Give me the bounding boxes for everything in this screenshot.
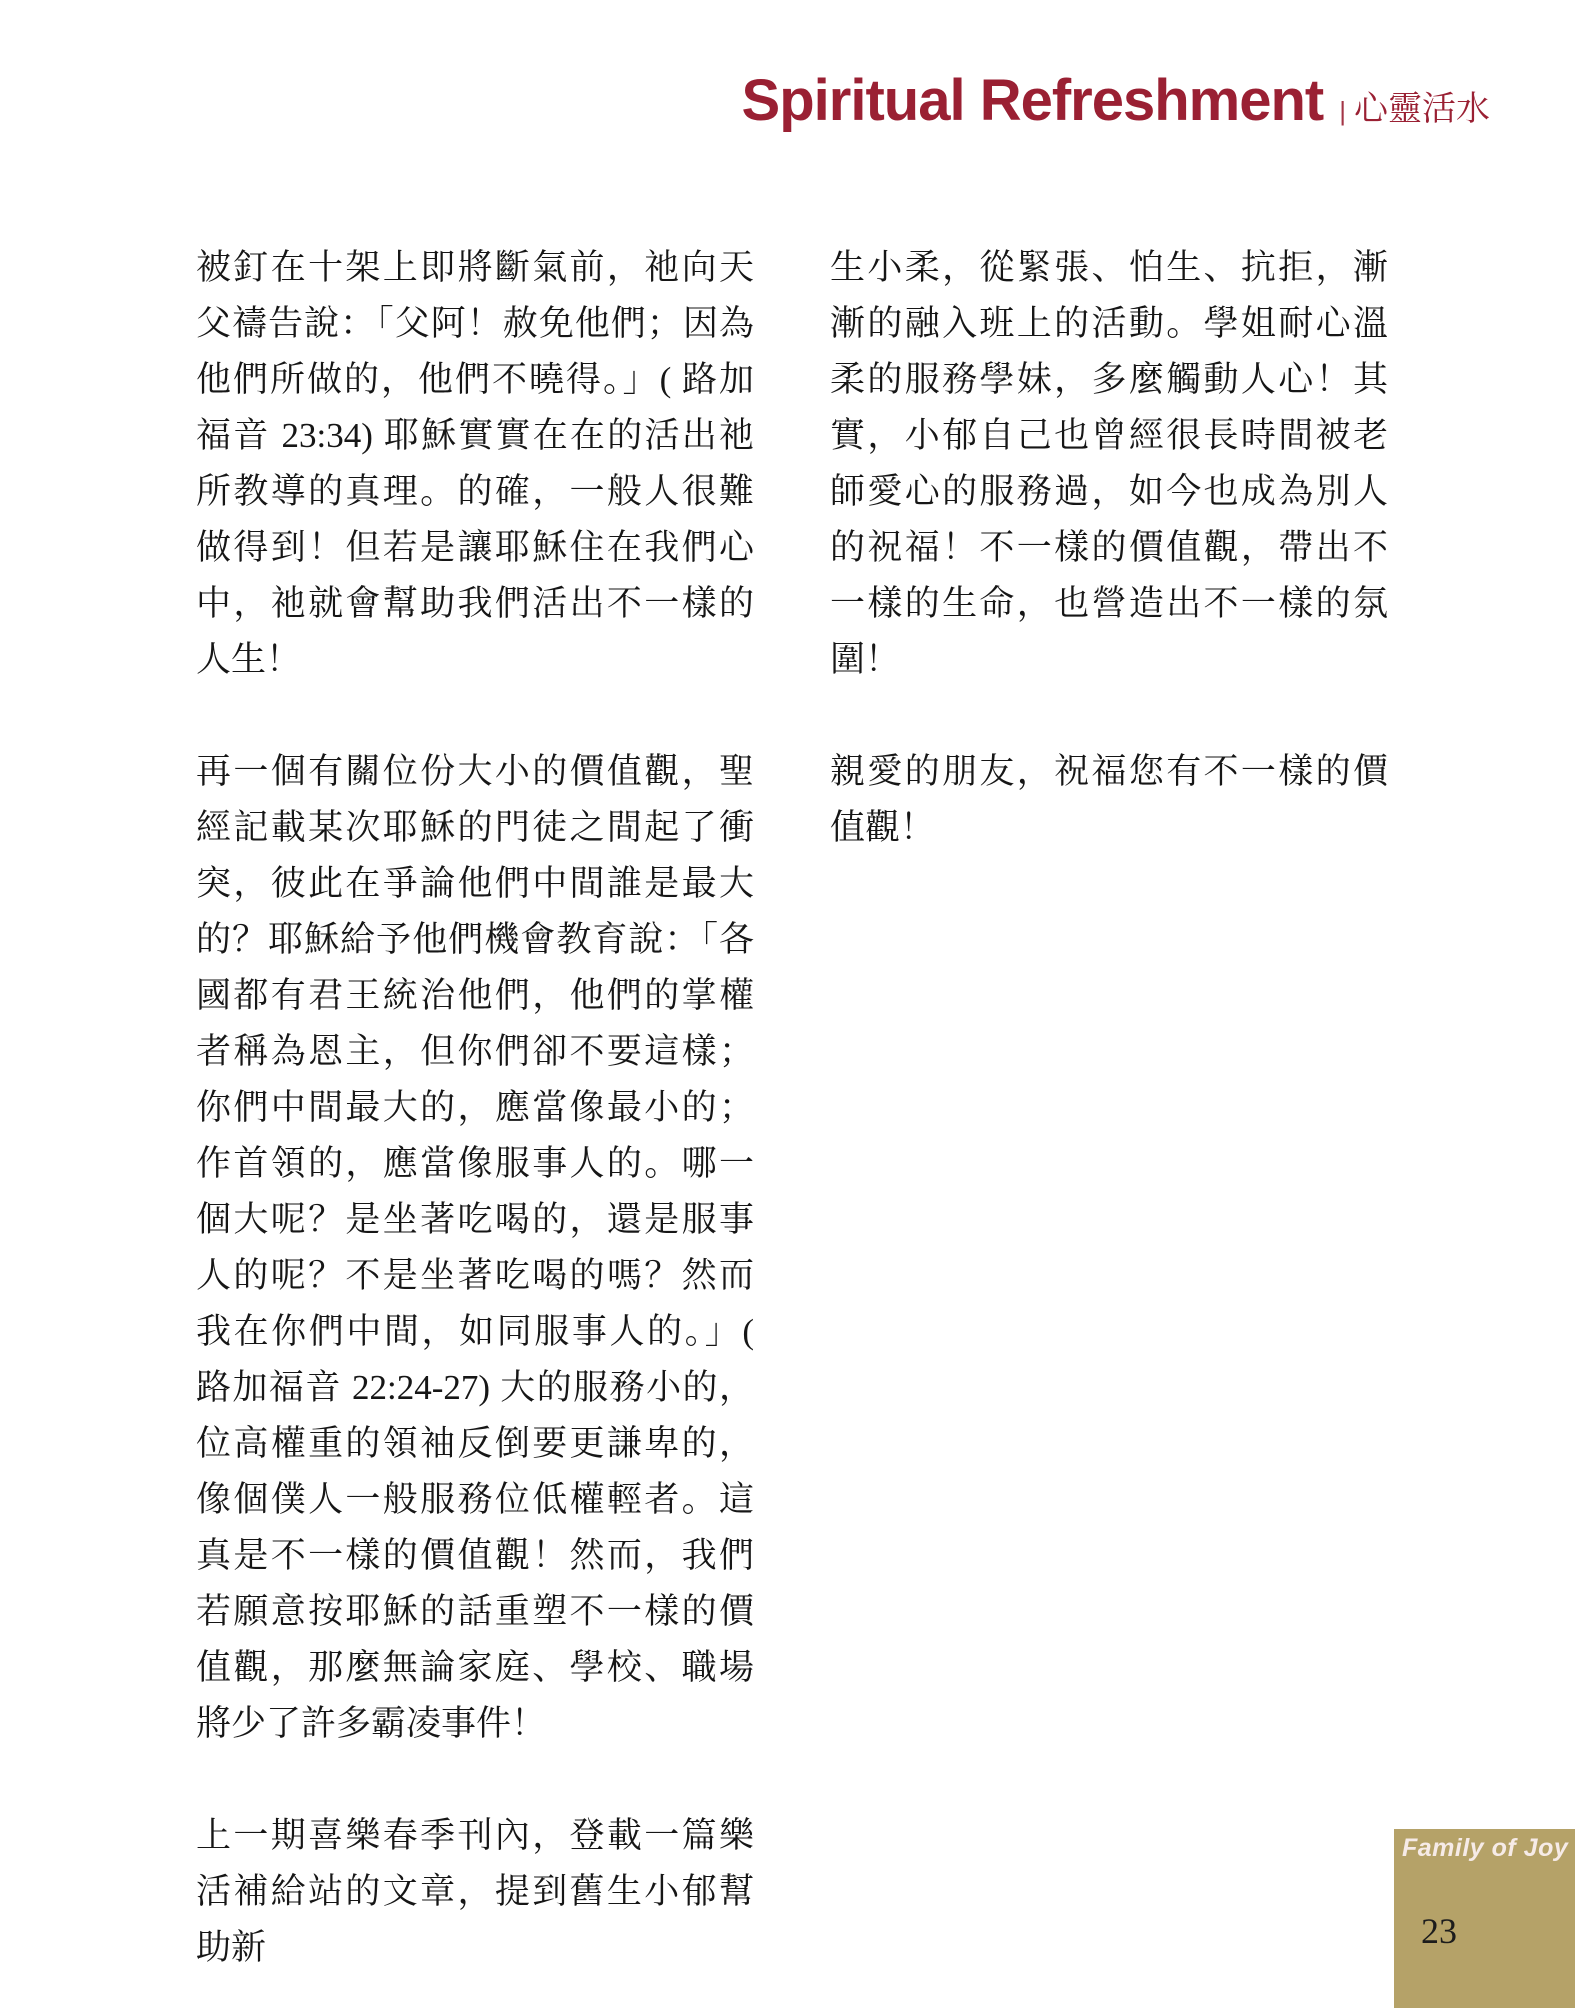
paragraph: 生小柔，從緊張、怕生、抗拒，漸漸的融入班上的活動。學姐耐心溫柔的服務學妹，多麼觸… bbox=[830, 240, 1388, 688]
left-column: 被釘在十架上即將斷氣前，祂向天父禱告說：「父阿！赦免他們；因為他們所做的，他們不… bbox=[196, 240, 754, 1976]
paragraph: 上一期喜樂春季刊內，登載一篇樂活補給站的文章，提到舊生小郁幫助新 bbox=[196, 1808, 754, 1976]
page-number: 23 bbox=[1421, 1913, 1457, 1949]
title-separator: | bbox=[1339, 98, 1346, 124]
right-column: 生小柔，從緊張、怕生、抗拒，漸漸的融入班上的活動。學姐耐心溫柔的服務學妹，多麼觸… bbox=[830, 240, 1388, 1976]
article-body: 被釘在十架上即將斷氣前，祂向天父禱告說：「父阿！赦免他們；因為他們所做的，他們不… bbox=[196, 240, 1388, 1976]
page-header: Spiritual Refreshment | 心靈活水 bbox=[0, 72, 1490, 130]
paragraph: 親愛的朋友，祝福您有不一樣的價值觀！ bbox=[830, 744, 1388, 856]
section-subtitle-chinese: 心靈活水 bbox=[1354, 93, 1490, 127]
section-title: Spiritual Refreshment bbox=[742, 72, 1324, 130]
paragraph: 被釘在十架上即將斷氣前，祂向天父禱告說：「父阿！赦免他們；因為他們所做的，他們不… bbox=[196, 240, 754, 688]
footer-corner-block: Family of Joy 23 bbox=[1394, 1829, 1575, 2008]
paragraph: 再一個有關位份大小的價值觀，聖經記載某次耶穌的門徒之間起了衝突，彼此在爭論他們中… bbox=[196, 744, 754, 1752]
brand-label: Family of Joy bbox=[1402, 1834, 1568, 1863]
magazine-page: Spiritual Refreshment | 心靈活水 被釘在十架上即將斷氣前… bbox=[0, 0, 1575, 2008]
